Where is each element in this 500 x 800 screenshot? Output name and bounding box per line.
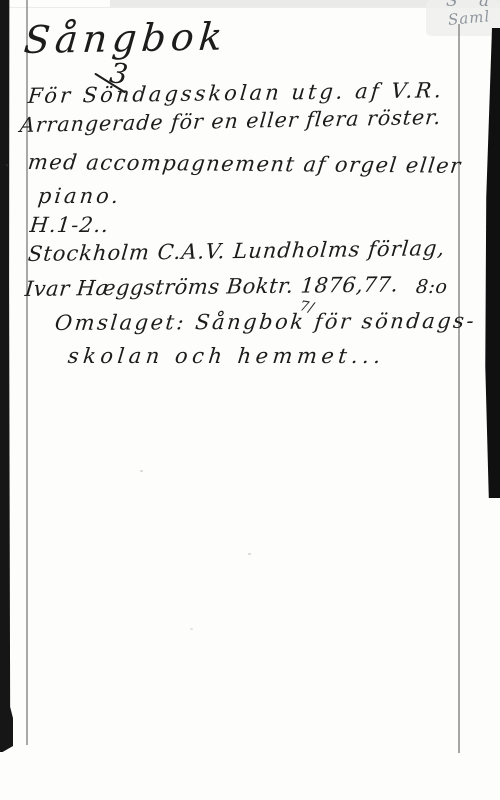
line-arrangement: Arrangerade för en eller flera röster.	[19, 105, 442, 137]
card-left-rule	[26, 0, 28, 745]
line-issue-numbers: H.1-2..	[29, 213, 111, 237]
line-accompaniment: med accompagnement af orgel eller	[27, 150, 463, 178]
line-cover-title-2: skolan och hemmet...	[67, 344, 386, 368]
card-title: Sångbok	[22, 14, 229, 62]
paper-speck	[140, 470, 143, 472]
line-imprint: Ivar Hæggströms Boktr. 1876,77.	[24, 272, 400, 301]
paper-speck	[190, 628, 193, 630]
scan-edge-left	[0, 0, 13, 752]
line-cover-title-1: Omslaget: Sångbok för söndags-	[54, 309, 478, 335]
pencil-note-saml: Saml	[447, 7, 491, 29]
format-octavo-mark: 8:o	[415, 276, 449, 298]
margin-dot: ·	[4, 153, 10, 177]
line-subtitle: För Söndagsskolan utg. af V.R.	[27, 78, 445, 108]
scanned-catalog-card: S a Saml Sångbok 3 · För Söndagsskolan u…	[0, 0, 500, 800]
line-piano: piano.	[37, 184, 123, 208]
scan-edge-right	[484, 28, 500, 498]
card-right-rule	[458, 24, 460, 753]
line-publisher: Stockholm C.A.V. Lundholms förlag,	[27, 236, 446, 266]
paper-speck	[248, 553, 251, 555]
scan-streak	[0, 7, 500, 8]
